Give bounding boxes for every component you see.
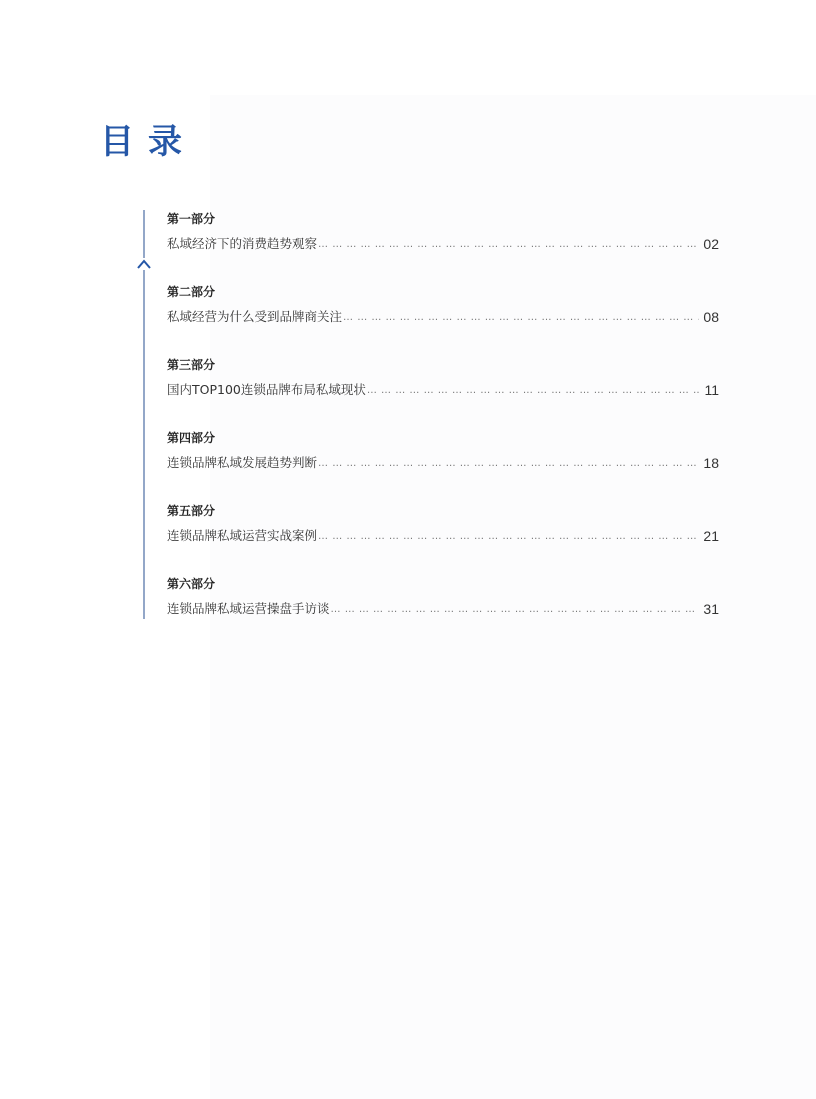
section-heading: 第二部分: [167, 284, 719, 300]
page-number: 21: [703, 527, 719, 545]
section-heading: 第五部分: [167, 503, 719, 519]
dot-leader: … … … … … … … … … … … … … … … … … … … … …: [318, 237, 699, 253]
entry-title: 连锁品牌私域运营实战案例: [167, 527, 317, 545]
section-heading: 第六部分: [167, 576, 719, 592]
entry-title: 连锁品牌私域发展趋势判断: [167, 454, 317, 472]
arrow-up-icon: [136, 258, 152, 270]
section-heading: 第一部分: [167, 211, 719, 227]
toc-section-6: 第六部分 连锁品牌私域运营操盘手访谈 … … … … … … … … … … ……: [167, 576, 719, 649]
dot-leader: … … … … … … … … … … … … … … … … … … … … …: [331, 602, 700, 618]
dot-leader: … … … … … … … … … … … … … … … … … … … … …: [343, 310, 699, 326]
page-title: 目录: [100, 121, 196, 163]
dot-leader: … … … … … … … … … … … … … … … … … … … … …: [318, 529, 699, 545]
dot-leader: … … … … … … … … … … … … … … … … … … … … …: [367, 383, 701, 399]
section-heading: 第四部分: [167, 430, 719, 446]
toc-section-1: 第一部分 私域经济下的消费趋势观察 … … … … … … … … … … … …: [167, 211, 719, 284]
toc-entry-link[interactable]: 国内TOP100连锁品牌布局私域现状 … … … … … … … … … … ……: [167, 381, 719, 399]
toc-entry-link[interactable]: 连锁品牌私域运营实战案例 … … … … … … … … … … … … … ……: [167, 527, 719, 545]
toc-entry-link[interactable]: 私域经营为什么受到品牌商关注 … … … … … … … … … … … … ……: [167, 308, 719, 326]
page-number: 18: [703, 454, 719, 472]
page-number: 31: [703, 600, 719, 618]
toc-section-3: 第三部分 国内TOP100连锁品牌布局私域现状 … … … … … … … … …: [167, 357, 719, 430]
toc-entry-link[interactable]: 连锁品牌私域运营操盘手访谈 … … … … … … … … … … … … … …: [167, 600, 719, 618]
entry-title: 国内TOP100连锁品牌布局私域现状: [167, 381, 366, 399]
section-heading: 第三部分: [167, 357, 719, 373]
entry-title: 私域经营为什么受到品牌商关注: [167, 308, 342, 326]
page-number: 11: [704, 381, 719, 399]
page-number: 02: [703, 235, 719, 253]
table-of-contents: 第一部分 私域经济下的消费趋势观察 … … … … … … … … … … … …: [167, 211, 719, 649]
page-number: 08: [703, 308, 719, 326]
entry-title: 连锁品牌私域运营操盘手访谈: [167, 600, 330, 618]
toc-entry-link[interactable]: 连锁品牌私域发展趋势判断 … … … … … … … … … … … … … ……: [167, 454, 719, 472]
toc-section-5: 第五部分 连锁品牌私域运营实战案例 … … … … … … … … … … … …: [167, 503, 719, 576]
toc-entry-link[interactable]: 私域经济下的消费趋势观察 … … … … … … … … … … … … … ……: [167, 235, 719, 253]
entry-title: 私域经济下的消费趋势观察: [167, 235, 317, 253]
timeline-line: [143, 210, 145, 619]
toc-section-2: 第二部分 私域经营为什么受到品牌商关注 … … … … … … … … … … …: [167, 284, 719, 357]
toc-section-4: 第四部分 连锁品牌私域发展趋势判断 … … … … … … … … … … … …: [167, 430, 719, 503]
dot-leader: … … … … … … … … … … … … … … … … … … … … …: [318, 456, 699, 472]
